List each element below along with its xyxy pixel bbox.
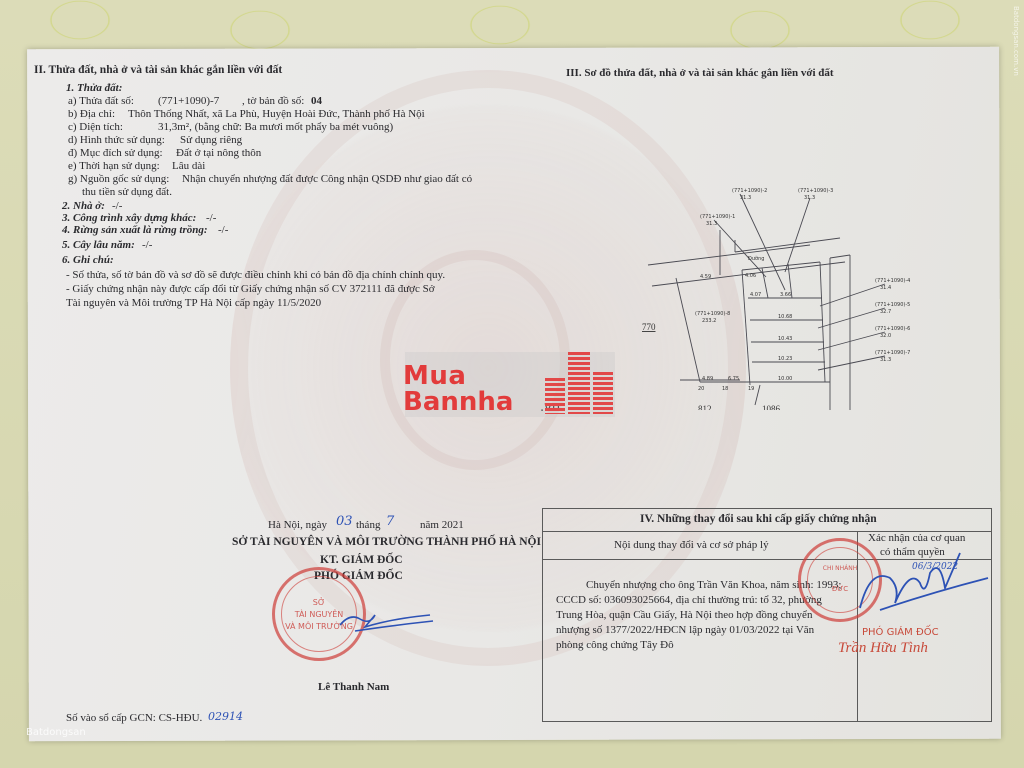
other-works-value: -/- (206, 211, 216, 225)
svg-text:31.3: 31.3 (740, 195, 751, 201)
change-content-line3: Trung Hòa, quận Cầu Giấy, Hà Nội theo hợ… (556, 608, 812, 622)
origin-value-line2: thu tiền sử dụng đất. (82, 185, 172, 199)
svg-text:19: 19 (748, 386, 754, 392)
svg-text:31.3: 31.3 (804, 195, 815, 201)
signer-name: Lê Thanh Nam (318, 680, 389, 694)
svg-text:(771+1090)-2: (771+1090)-2 (732, 188, 767, 194)
svg-text:(771+1090)-1: (771+1090)-1 (700, 214, 735, 220)
forest-label: 4. Rừng sản xuất là rừng trồng: (62, 223, 208, 237)
note-2-line1: - Giấy chứng nhận này được cấp đổi từ Gi… (66, 282, 435, 296)
parcel-number-label: a) Thửa đất số: (68, 94, 134, 108)
origin-label: g) Nguồn gốc sử dụng: (68, 172, 169, 186)
svg-text:3.66: 3.66 (780, 292, 791, 298)
section-4-title: IV. Những thay đổi sau khi cấp giấy chứn… (640, 512, 877, 526)
svg-text:10.00: 10.00 (778, 376, 792, 382)
confirm-role: PHÓ GIÁM ĐỐC (862, 626, 939, 640)
svg-text:31.3: 31.3 (880, 357, 891, 363)
changes-col-confirm-header-line1: Xác nhận của cơ quan (868, 531, 965, 545)
usage-form-value: Sử dụng riêng (180, 133, 242, 147)
svg-text:4.89: 4.89 (702, 376, 713, 382)
area-label: c) Diện tích: (68, 120, 123, 134)
watermark-logo-text-line1: Mua (403, 363, 466, 389)
svg-text:770: 770 (642, 322, 656, 332)
issuing-agency: SỞ TÀI NGUYÊN VÀ MÔI TRƯỜNG THÀNH PHỐ HÀ… (232, 535, 541, 549)
notes-heading: 6. Ghi chú: (62, 253, 114, 267)
watermark-logo-text-line2: Bannha (403, 389, 513, 415)
note-2-line2: Tài nguyên và Môi trường TP Hà Nội cấp n… (66, 296, 321, 310)
area-value: 31,3m², (bằng chữ: Ba mươi mốt phẩy ba m… (158, 120, 393, 134)
usage-form-label: d) Hình thức sử dụng: (68, 133, 165, 147)
kt-director: KT. GIÁM ĐỐC (320, 553, 403, 567)
svg-text:4.59: 4.59 (700, 274, 711, 280)
register-number-label: Số vào sổ cấp GCN: CS-HĐU. (66, 711, 202, 725)
svg-text:10.43: 10.43 (778, 336, 792, 342)
parcel-diagram: (771+1090)-1 31.3 (771+1090)-2 31.3 (771… (640, 180, 940, 410)
origin-value-line1: Nhận chuyển nhượng đất được Công nhận QS… (182, 172, 472, 186)
svg-text:10.68: 10.68 (778, 314, 792, 320)
land-heading: 1. Thửa đất: (66, 81, 122, 95)
note-1: - Số thửa, số tờ bản đồ và sơ đồ sẽ được… (66, 268, 445, 282)
perennial-label: 5. Cây lâu năm: (62, 238, 135, 252)
svg-text:4.06: 4.06 (745, 273, 756, 279)
usage-purpose-value: Đất ở tại nông thôn (176, 146, 261, 160)
svg-text:(771+1090)-6: (771+1090)-6 (875, 326, 910, 332)
issue-day: 03 (336, 515, 353, 529)
usage-purpose-label: đ) Mục đích sử dụng: (68, 146, 163, 160)
buildings-icon (545, 352, 613, 414)
forest-value: -/- (218, 223, 228, 237)
svg-text:4.07: 4.07 (750, 292, 761, 298)
usage-term-label: e) Thời hạn sử dụng: (68, 159, 160, 173)
address-value: Thôn Thống Nhất, xã La Phù, Huyện Hoài Đ… (128, 107, 425, 121)
svg-text:32.7: 32.7 (880, 309, 891, 315)
svg-text:10.23: 10.23 (778, 356, 792, 362)
perennial-value: -/- (142, 238, 152, 252)
svg-text:(771+1090)-8: (771+1090)-8 (695, 311, 730, 317)
changes-col-content-header: Nội dung thay đổi và cơ sở pháp lý (614, 538, 769, 552)
source-watermark-side: Batdongsan.com.vn (1012, 6, 1020, 76)
section-2-title: II. Thửa đất, nhà ở và tài sản khác gắn … (34, 63, 282, 77)
svg-text:31.3: 31.3 (706, 221, 717, 227)
svg-text:1086: 1086 (762, 404, 781, 410)
svg-text:6.75: 6.75 (728, 376, 739, 382)
issue-year: năm 2021 (420, 518, 464, 532)
map-sheet-label: , tờ bản đồ số: (242, 94, 304, 108)
svg-text:18: 18 (722, 386, 728, 392)
svg-text:(771+1090)-4: (771+1090)-4 (875, 278, 910, 284)
svg-text:233.2: 233.2 (702, 318, 716, 324)
section-3-title: III. Sơ đồ thửa đất, nhà ở và tài sản kh… (566, 66, 834, 80)
svg-text:(771+1090)-3: (771+1090)-3 (798, 188, 833, 194)
address-label: b) Địa chỉ: (68, 107, 115, 121)
svg-text:(771+1090)-5: (771+1090)-5 (875, 302, 910, 308)
change-content-line5: phòng công chứng Tây Đô (556, 638, 674, 652)
svg-text:812: 812 (698, 404, 712, 410)
svg-text:32.0: 32.0 (880, 333, 891, 339)
issue-date-prefix: Hà Nội, ngày (268, 518, 327, 532)
usage-term-value: Lâu dài (172, 159, 205, 173)
svg-text:Đường: Đường (748, 255, 764, 262)
change-content-line2: CCCD số: 036093025664, địa chỉ thường tr… (556, 593, 822, 607)
signature-left (335, 605, 435, 635)
issue-month: 7 (386, 515, 394, 529)
parcel-diagram-svg: (771+1090)-1 31.3 (771+1090)-2 31.3 (771… (640, 180, 940, 410)
confirm-signer: Trần Hữu Tình (838, 641, 928, 655)
svg-text:31.4: 31.4 (880, 285, 891, 291)
change-content-line4: nhượng số 1377/2022/HĐCN lập ngày 01/03/… (556, 623, 814, 637)
source-watermark-bottom: Batdongsan (26, 727, 86, 738)
issue-month-label: tháng (356, 518, 380, 532)
svg-text:20: 20 (698, 386, 704, 392)
map-sheet-value: 04 (311, 94, 322, 108)
svg-text:(771+1090)-7: (771+1090)-7 (875, 350, 910, 356)
register-number-value: 02914 (208, 710, 243, 724)
signature-right (850, 548, 990, 618)
parcel-number-value: (771+1090)-7 (158, 94, 219, 108)
